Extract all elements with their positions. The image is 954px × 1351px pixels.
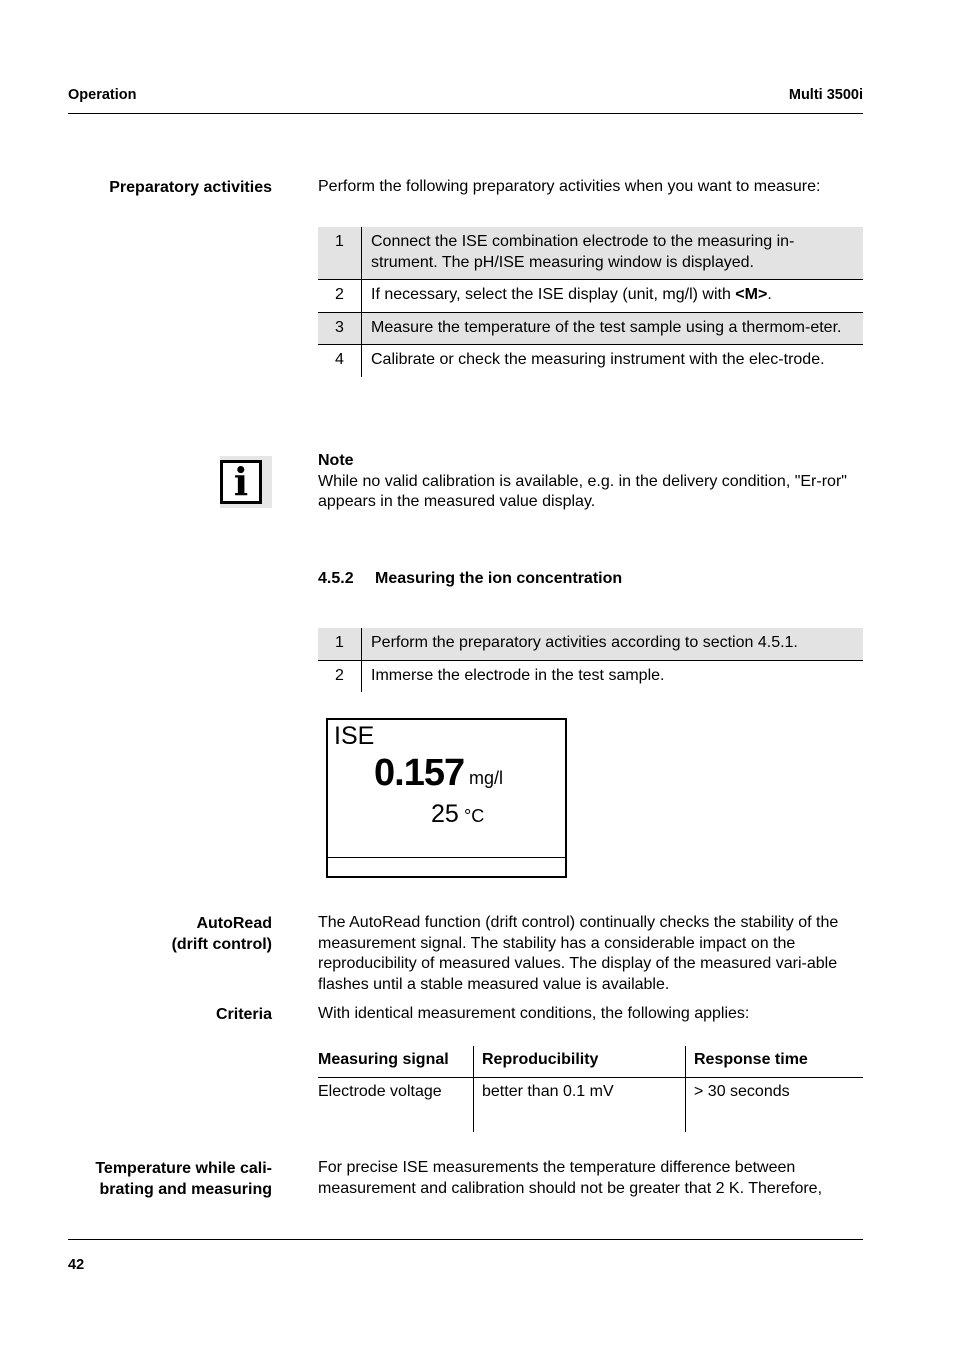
step-row: 1 Connect the ISE combination electrode … <box>318 227 863 280</box>
step-text: Calibrate or check the measuring instrum… <box>362 345 864 377</box>
criteria-header-row: Measuring signal Reproducibility Respons… <box>318 1046 863 1077</box>
step-row: 2 Immerse the electrode in the test samp… <box>318 660 863 692</box>
step-number: 2 <box>318 280 362 313</box>
side-label-line: AutoRead <box>40 913 272 934</box>
criteria-intro: With identical measurement conditions, t… <box>318 1004 864 1025</box>
measuring-steps: 1 Perform the preparatory activities acc… <box>318 628 863 692</box>
display-divider <box>328 857 565 858</box>
step-number: 4 <box>318 345 362 377</box>
note: Note While no valid calibration is avail… <box>318 451 864 513</box>
side-label-line: brating and measuring <box>40 1179 272 1200</box>
side-label-preparatory: Preparatory activities <box>40 177 272 198</box>
note-text: While no valid calibration is available,… <box>318 472 864 513</box>
display-temperature-unit: °C <box>464 806 484 827</box>
column-header: Measuring signal <box>318 1046 474 1077</box>
display-mode: ISE <box>334 722 374 751</box>
key-m: <M> <box>735 286 767 303</box>
section-heading: 4.5.2Measuring the ion concentration <box>318 570 622 588</box>
table-row: Electrode voltage better than 0.1 mV > 3… <box>318 1077 863 1132</box>
display-unit: mg/l <box>469 768 503 789</box>
section-title: Measuring the ion concentration <box>375 570 622 587</box>
note-title: Note <box>318 451 864 472</box>
display-value: 0.157 <box>374 752 464 795</box>
step-text-part: If necessary, select the ISE display (un… <box>371 286 735 303</box>
header-rule <box>68 113 863 114</box>
step-text: Measure the temperature of the test samp… <box>362 312 864 345</box>
step-row: 3 Measure the temperature of the test sa… <box>318 312 863 345</box>
step-row: 1 Perform the preparatory activities acc… <box>318 628 863 660</box>
side-label-temperature: Temperature while cali- brating and meas… <box>40 1158 272 1200</box>
criteria-table: Measuring signal Reproducibility Respons… <box>318 1046 863 1132</box>
autoread-text: The AutoRead function (drift control) co… <box>318 913 864 995</box>
display-temperature: 25 <box>431 800 459 829</box>
cell-response: > 30 seconds <box>686 1077 864 1132</box>
header-section: Operation <box>68 87 136 103</box>
instrument-display: ISE 0.157 mg/l 25 °C <box>326 718 567 878</box>
step-text: Perform the preparatory activities accor… <box>362 628 864 660</box>
step-text: If necessary, select the ISE display (un… <box>362 280 864 313</box>
step-text-part: . <box>767 286 771 303</box>
footer-rule <box>68 1239 863 1240</box>
side-label-criteria: Criteria <box>40 1004 272 1025</box>
step-row: 2 If necessary, select the ISE display (… <box>318 280 863 313</box>
step-row: 4 Calibrate or check the measuring instr… <box>318 345 863 377</box>
cell-signal: Electrode voltage <box>318 1077 474 1132</box>
step-number: 2 <box>318 660 362 692</box>
step-number: 1 <box>318 227 362 280</box>
info-icon: i <box>220 456 272 508</box>
step-number: 1 <box>318 628 362 660</box>
column-header: Reproducibility <box>474 1046 686 1077</box>
side-label-autoread: AutoRead (drift control) <box>40 913 272 955</box>
section-number: 4.5.2 <box>318 570 375 588</box>
step-text: Immerse the electrode in the test sample… <box>362 660 864 692</box>
column-header: Response time <box>686 1046 864 1077</box>
side-label-line: Temperature while cali- <box>40 1158 272 1179</box>
preparatory-steps: 1 Connect the ISE combination electrode … <box>318 227 863 377</box>
temperature-text: For precise ISE measurements the tempera… <box>318 1158 864 1199</box>
header-product: Multi 3500i <box>789 87 863 103</box>
page-number: 42 <box>68 1257 84 1273</box>
cell-reproducibility: better than 0.1 mV <box>474 1077 686 1132</box>
step-number: 3 <box>318 312 362 345</box>
side-label-line: (drift control) <box>40 934 272 955</box>
step-text: Connect the ISE combination electrode to… <box>362 227 864 280</box>
preparatory-intro: Perform the following preparatory activi… <box>318 177 864 198</box>
